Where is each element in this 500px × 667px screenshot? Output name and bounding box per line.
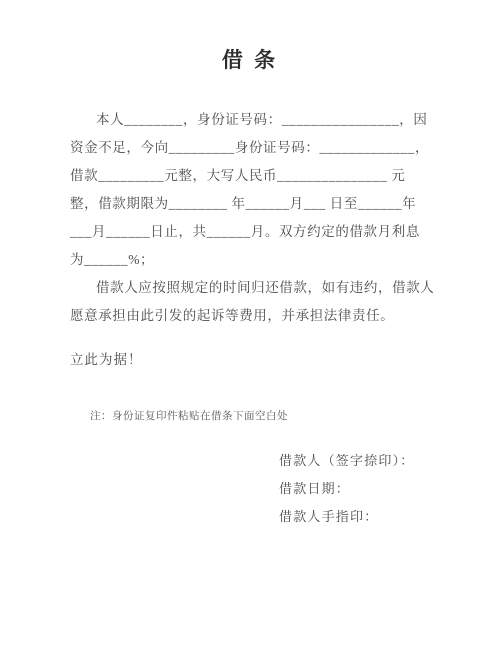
paragraph-line: 资金不足，今向_________身份证号码：_____________， [70, 134, 442, 162]
paragraph-line: 借款人应按照规定的时间归还借款，如有违约，借款人 [70, 274, 442, 302]
signature-block: 借款人（签字捺印）： 借款日期： 借款人手指印： [279, 447, 500, 531]
paragraph-line: 本人________，身份证号码：________________，因 [70, 106, 442, 134]
loan-date-label: 借款日期： [279, 475, 500, 503]
paragraph-line: 整，借款期限为________ 年______月___ 日至______年 [70, 190, 442, 218]
document-title: 借 条 [0, 0, 500, 74]
liability-paragraph: 借款人应按照规定的时间归还借款，如有违约，借款人 愿意承担由此引发的起诉等费用，… [70, 274, 442, 330]
footnote: 注：身份证复印件粘贴在借条下面空白处 [90, 408, 500, 423]
loan-terms-paragraph: 本人________，身份证号码：________________，因 资金不足… [70, 106, 442, 274]
borrower-signature-label: 借款人（签字捺印）： [279, 447, 500, 475]
borrower-fingerprint-label: 借款人手指印： [279, 503, 500, 531]
paragraph-line: 愿意承担由此引发的起诉等费用，并承担法律责任。 [70, 302, 442, 330]
paragraph-line: ___月______日止，共______月。双方约定的借款月利息 [70, 218, 442, 246]
closing-statement: 立此为据！ [70, 348, 500, 368]
paragraph-line: 为______%； [70, 246, 442, 274]
iou-document-page: 借 条 本人________，身份证号码：________________，因 … [0, 0, 500, 667]
paragraph-line: 借款_________元整，大写人民币_______________ 元 [70, 162, 442, 190]
